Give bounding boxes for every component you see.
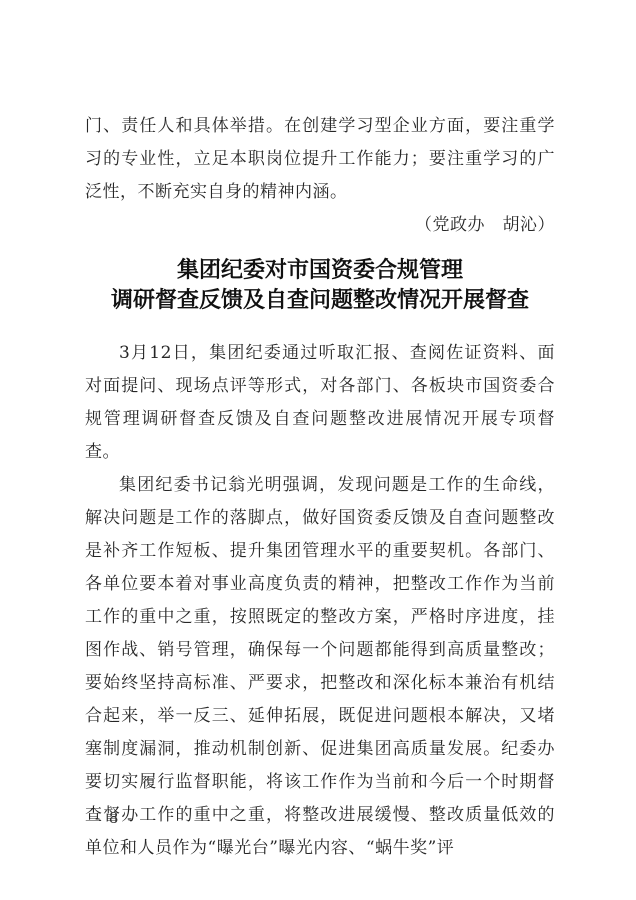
article-paragraph-2: 集团纪委书记翁光明强调，发现问题是工作的生命线，解决问题是工作的落脚点，做好国资… [85,469,555,865]
author-byline: （党政办 胡沁） [85,209,555,242]
article-paragraph-1: 3月12日，集团纪委通过听取汇报、查阅佐证资料、面对面提问、现场点评等形式，对各… [85,337,555,469]
article-title: 集团纪委对市国资委合规管理 调研督查反馈及自查问题整改情况开展督查 [85,255,555,315]
article-title-line-2: 调研督查反馈及自查问题整改情况开展督查 [85,285,555,315]
page-number: - 8 - [95,808,134,828]
page-content: 门、责任人和具体举措。在创建学习型企业方面，要注重学习的专业性，立足本职岗位提升… [85,110,555,865]
document-page: 门、责任人和具体举措。在创建学习型企业方面，要注重学习的专业性，立足本职岗位提升… [0,0,636,900]
article-title-line-1: 集团纪委对市国资委合规管理 [85,255,555,285]
previous-article-continuation-paragraph: 门、责任人和具体举措。在创建学习型企业方面，要注重学习的专业性，立足本职岗位提升… [85,110,555,209]
